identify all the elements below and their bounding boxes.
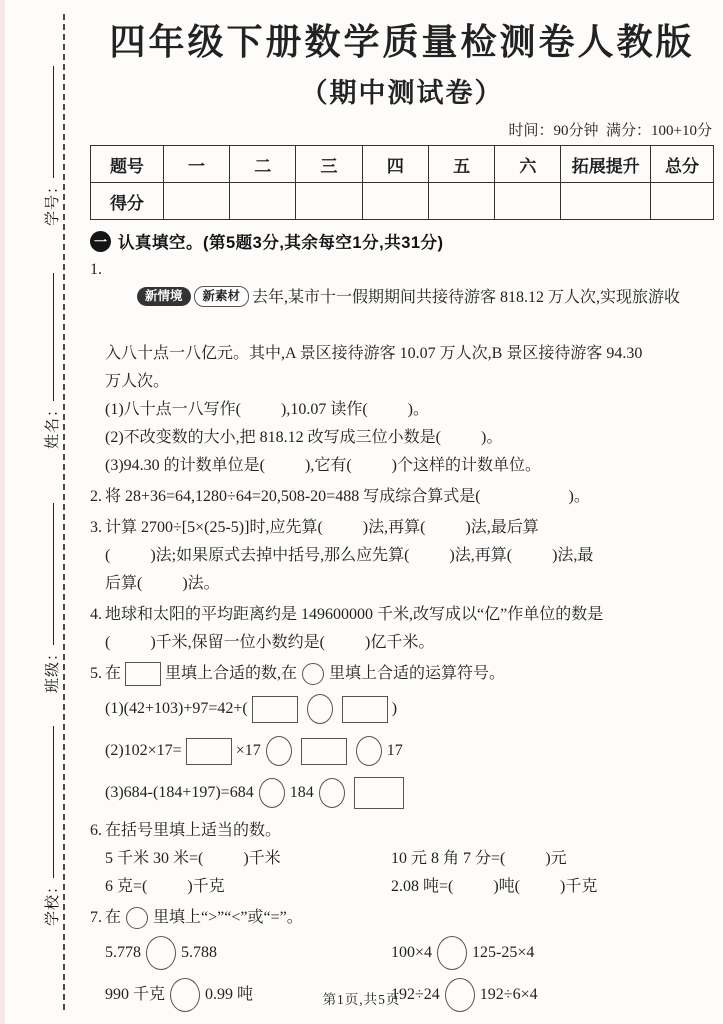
question-3-line-1: 计算 2700÷[5×(25-5)]时,应先算( )法,再算( )法,最后算 <box>105 514 714 542</box>
score-table-header-cell: 拓展提升 <box>561 146 650 183</box>
question-1-line-2: 入八十点一八亿元。其中,A 景区接待游客 10.07 万人次,B 景区接待游客 … <box>105 340 714 368</box>
question-text: 5.778 <box>105 932 141 974</box>
score-cell <box>650 183 713 220</box>
question-5-sub-2: (2)102×17=×1717 <box>105 730 714 772</box>
question-text: (2)102×17= <box>105 730 182 772</box>
question-text: 100×4 <box>391 932 432 974</box>
question-text: 5.788 <box>181 932 217 974</box>
question-6: 6. 在括号里填上适当的数。 5 千米 30 米=( )千米 10 元 8 角 … <box>90 817 714 901</box>
score-table-header-row: 题号 一 二 三 四 五 六 拓展提升 总分 <box>91 146 714 183</box>
question-number: 3. <box>90 514 102 542</box>
question-number: 6. <box>90 817 102 845</box>
side-field-student-number: 学号： <box>24 66 79 245</box>
question-4: 4. 地球和太阳的平均距离约是 149600000 千米,改写成以“亿”作单位的… <box>90 601 714 657</box>
score-cell <box>428 183 494 220</box>
question-5-intro: 在里填上合适的数,在里填上合适的运算符号。 <box>105 660 714 688</box>
score-table: 题号 一 二 三 四 五 六 拓展提升 总分 得分 <box>90 145 714 220</box>
blank-circle <box>302 663 324 685</box>
question-3: 3. 计算 2700÷[5×(25-5)]时,应先算( )法,再算( )法,最后… <box>90 514 714 598</box>
side-field-school: 学校： <box>24 726 79 945</box>
question-1-line-1: 新情境新素材去年,某市十一假期期间共接待游客 818.12 万人次,实现旅游收 <box>105 256 714 340</box>
fill-line <box>50 503 54 645</box>
question-1-sub-1: (1)八十点一八写作( ),10.07 读作( )。 <box>105 396 714 424</box>
blank-circle <box>307 694 333 724</box>
side-label-student-number: 学号： <box>45 178 61 226</box>
question-5: 5. 在里填上合适的数,在里填上合适的运算符号。 (1)(42+103)+97=… <box>90 660 714 814</box>
question-number: 2. <box>90 483 102 511</box>
side-field-name: 姓名： <box>24 273 79 468</box>
score-cell <box>163 183 229 220</box>
score-table-header-cell: 四 <box>362 146 428 183</box>
question-number: 5. <box>90 660 102 688</box>
blank-box <box>125 662 161 686</box>
side-label-school: 学校： <box>45 878 61 926</box>
fill-line <box>50 273 54 401</box>
blank-circle <box>319 778 345 808</box>
blank-circle <box>437 936 467 970</box>
score-table-header-cell: 六 <box>495 146 561 183</box>
score-table-score-row: 得分 <box>91 183 714 220</box>
score-table-header-cell: 五 <box>428 146 494 183</box>
question-text: 在 <box>105 660 121 688</box>
exam-content: 四年级下册数学质量检测卷人教版 （期中测试卷） 时间：90分钟 满分：100+1… <box>90 16 714 1016</box>
section-title: 认真填空。(第5题3分,其余每空1分,共31分) <box>118 229 444 253</box>
score-cell <box>362 183 428 220</box>
fill-line <box>50 726 54 878</box>
question-4-line-2: ( )千米,保留一位小数约是( )亿千米。 <box>105 629 714 657</box>
score-row-label: 得分 <box>91 183 164 220</box>
question-4-line-1: 地球和太阳的平均距离约是 149600000 千米,改写成以“亿”作单位的数是 <box>105 601 714 629</box>
question-3-line-3: 后算( )法。 <box>105 570 714 598</box>
footer-page-number: 第1页,共5页 <box>0 988 723 1008</box>
badge-new-material: 新素材 <box>194 286 250 307</box>
question-number: 7. <box>90 904 102 932</box>
question-text: 去年,某市十一假期期间共接待游客 818.12 万人次,实现旅游收 <box>252 289 680 306</box>
score-table-header-cell: 一 <box>163 146 229 183</box>
question-7-intro: 在里填上“>”“<”或“=”。 <box>105 904 714 932</box>
question-text: ×17 <box>236 730 261 772</box>
blank-circle <box>126 907 148 929</box>
score-table-header-cell: 三 <box>296 146 362 183</box>
side-field-class: 班级： <box>24 503 79 712</box>
score-table-header-cell: 二 <box>230 146 296 183</box>
section-one-header: 一 认真填空。(第5题3分,其余每空1分,共31分) <box>90 229 714 253</box>
question-5-sub-1: (1)(42+103)+97=42+() <box>105 688 714 730</box>
section-number-badge: 一 <box>90 231 111 252</box>
score-cell <box>561 183 650 220</box>
question-6-item: 5 千米 30 米=( )千米 <box>105 845 391 873</box>
score-table-header-cell: 题号 <box>91 146 164 183</box>
page-title: 四年级下册数学质量检测卷人教版 <box>90 16 714 68</box>
side-label-name: 姓名： <box>45 401 61 449</box>
question-7-item: 100×4125-25×4 <box>391 932 714 974</box>
question-text: ) <box>392 688 397 730</box>
question-text: 里填上“>”“<”或“=”。 <box>153 904 303 932</box>
badge-new-context: 新情境 <box>137 287 191 306</box>
fill-line <box>50 66 54 178</box>
score-cell <box>495 183 561 220</box>
question-6-item: 10 元 8 角 7 分=( )元 <box>391 845 714 873</box>
blank-box <box>354 777 404 809</box>
question-6-row-1: 5 千米 30 米=( )千米 10 元 8 角 7 分=( )元 <box>105 845 714 873</box>
exam-meta: 时间：90分钟 满分：100+10分 <box>90 120 714 142</box>
question-7-row-1: 5.7785.788 100×4125-25×4 <box>105 932 714 974</box>
question-text: (3)684-(184+197)=684 <box>105 772 254 814</box>
question-5-sub-3: (3)684-(184+197)=684184 <box>105 772 714 814</box>
side-label-class: 班级： <box>45 645 61 693</box>
blank-box <box>342 696 388 723</box>
page-edge-strip <box>0 0 5 1024</box>
blank-box <box>252 696 298 723</box>
question-text: (1)(42+103)+97=42+( <box>105 688 248 730</box>
question-2: 2. 将 28+36=64,1280÷64=20,508-20=488 写成综合… <box>90 483 714 511</box>
question-2-line-1: 将 28+36=64,1280÷64=20,508-20=488 写成综合算式是… <box>105 483 714 511</box>
question-text: 184 <box>290 772 314 814</box>
question-6-row-2: 6 克=( )千克 2.08 吨=( )吨( )千克 <box>105 873 714 901</box>
question-text: 里填上合适的数,在 <box>165 660 297 688</box>
blank-circle <box>146 936 176 970</box>
question-1: 1. 新情境新素材去年,某市十一假期期间共接待游客 818.12 万人次,实现旅… <box>90 256 714 480</box>
question-number: 4. <box>90 601 102 629</box>
page-subtitle: （期中测试卷） <box>90 72 714 114</box>
question-1-sub-3: (3)94.30 的计数单位是( ),它有( )个这样的计数单位。 <box>105 452 714 480</box>
question-1-line-3: 万人次。 <box>105 368 714 396</box>
blank-circle <box>356 736 382 766</box>
question-1-sub-2: (2)不改变数的大小,把 818.12 改写成三位小数是( )。 <box>105 424 714 452</box>
question-text: 在 <box>105 904 121 932</box>
score-cell <box>230 183 296 220</box>
blank-circle <box>259 778 285 808</box>
question-number: 1. <box>90 256 102 284</box>
question-text: 里填上合适的运算符号。 <box>329 660 505 688</box>
question-text: 125-25×4 <box>472 932 534 974</box>
question-3-line-2: ( )法;如果原式去掉中括号,那么应先算( )法,再算( )法,最 <box>105 542 714 570</box>
question-text: 17 <box>387 730 403 772</box>
question-6-item: 6 克=( )千克 <box>105 873 391 901</box>
blank-box <box>186 738 232 765</box>
score-table-header-cell: 总分 <box>650 146 713 183</box>
blank-box <box>301 738 347 765</box>
question-7-item: 5.7785.788 <box>105 932 391 974</box>
score-cell <box>296 183 362 220</box>
blank-circle <box>266 736 292 766</box>
question-6-item: 2.08 吨=( )吨( )千克 <box>391 873 714 901</box>
question-6-intro: 在括号里填上适当的数。 <box>105 817 714 845</box>
exam-sheet: 学号： 姓名： 班级： 学校： 四年级下册数学质量检测卷人教版 （期中测试卷） … <box>0 0 723 1024</box>
